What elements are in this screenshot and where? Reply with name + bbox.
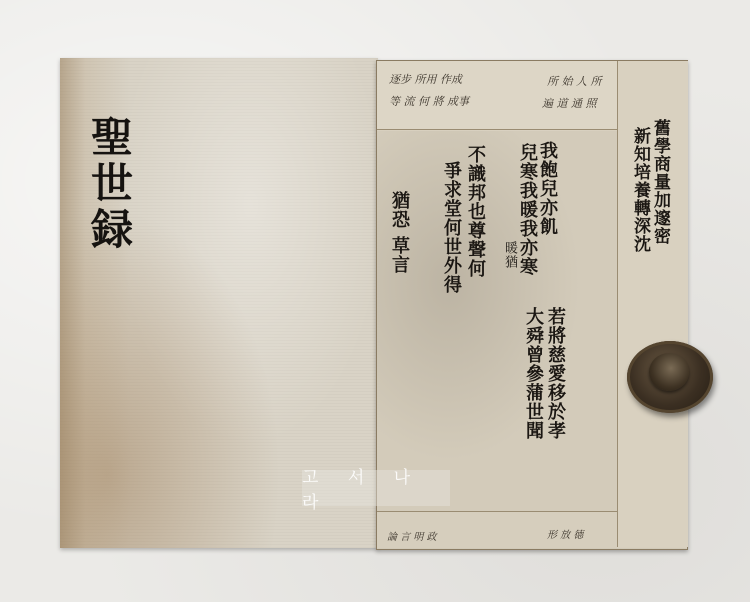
- paperweight: [627, 341, 713, 413]
- text-column: 若將慈愛移於孝: [545, 307, 565, 440]
- text-column: 我飽兒亦飢: [537, 141, 557, 236]
- book-title: 聖世録: [80, 115, 135, 253]
- main-text-panel: 我飽兒亦飢 兒寒我暖我亦寒 暖猶 若將慈愛移於孝 大舜曾參蒲世聞 不識邦也尊聲何…: [377, 131, 617, 511]
- paperweight-knob: [649, 353, 689, 391]
- text-column: 大舜曾參蒲世聞: [523, 307, 543, 440]
- watermark: 고 서 나 라: [302, 470, 450, 506]
- margin-note: 所 始 人 所: [547, 73, 602, 89]
- text-column: 兒寒我暖我亦寒: [517, 143, 537, 276]
- side-margin-strip: 舊學商量加邃密 新知培養轉深沈: [617, 61, 688, 547]
- margin-note: 逐步 所用 作成: [389, 71, 462, 87]
- text-column: 爭求堂何世外得: [441, 161, 461, 294]
- top-margin-strip: 逐步 所用 作成 等 流 何 將 成事 所 始 人 所 遍 道 通 照: [377, 61, 618, 130]
- text-column: 不識邦也尊聲何: [465, 145, 485, 278]
- margin-note: 形 放 德: [547, 526, 583, 541]
- margin-note: 等 流 何 將 成事: [389, 93, 469, 109]
- margin-note: 論 言 明 政: [387, 528, 437, 543]
- text-column: 暖猶: [499, 241, 519, 269]
- text-column: 猶恐 草言: [389, 191, 409, 274]
- side-text-column: 新知培養轉深沈: [630, 127, 650, 253]
- side-text-column: 舊學商量加邃密: [650, 119, 670, 245]
- bottom-margin-strip: 論 言 明 政 形 放 德: [377, 511, 617, 548]
- margin-note: 遍 道 通 照: [542, 95, 597, 111]
